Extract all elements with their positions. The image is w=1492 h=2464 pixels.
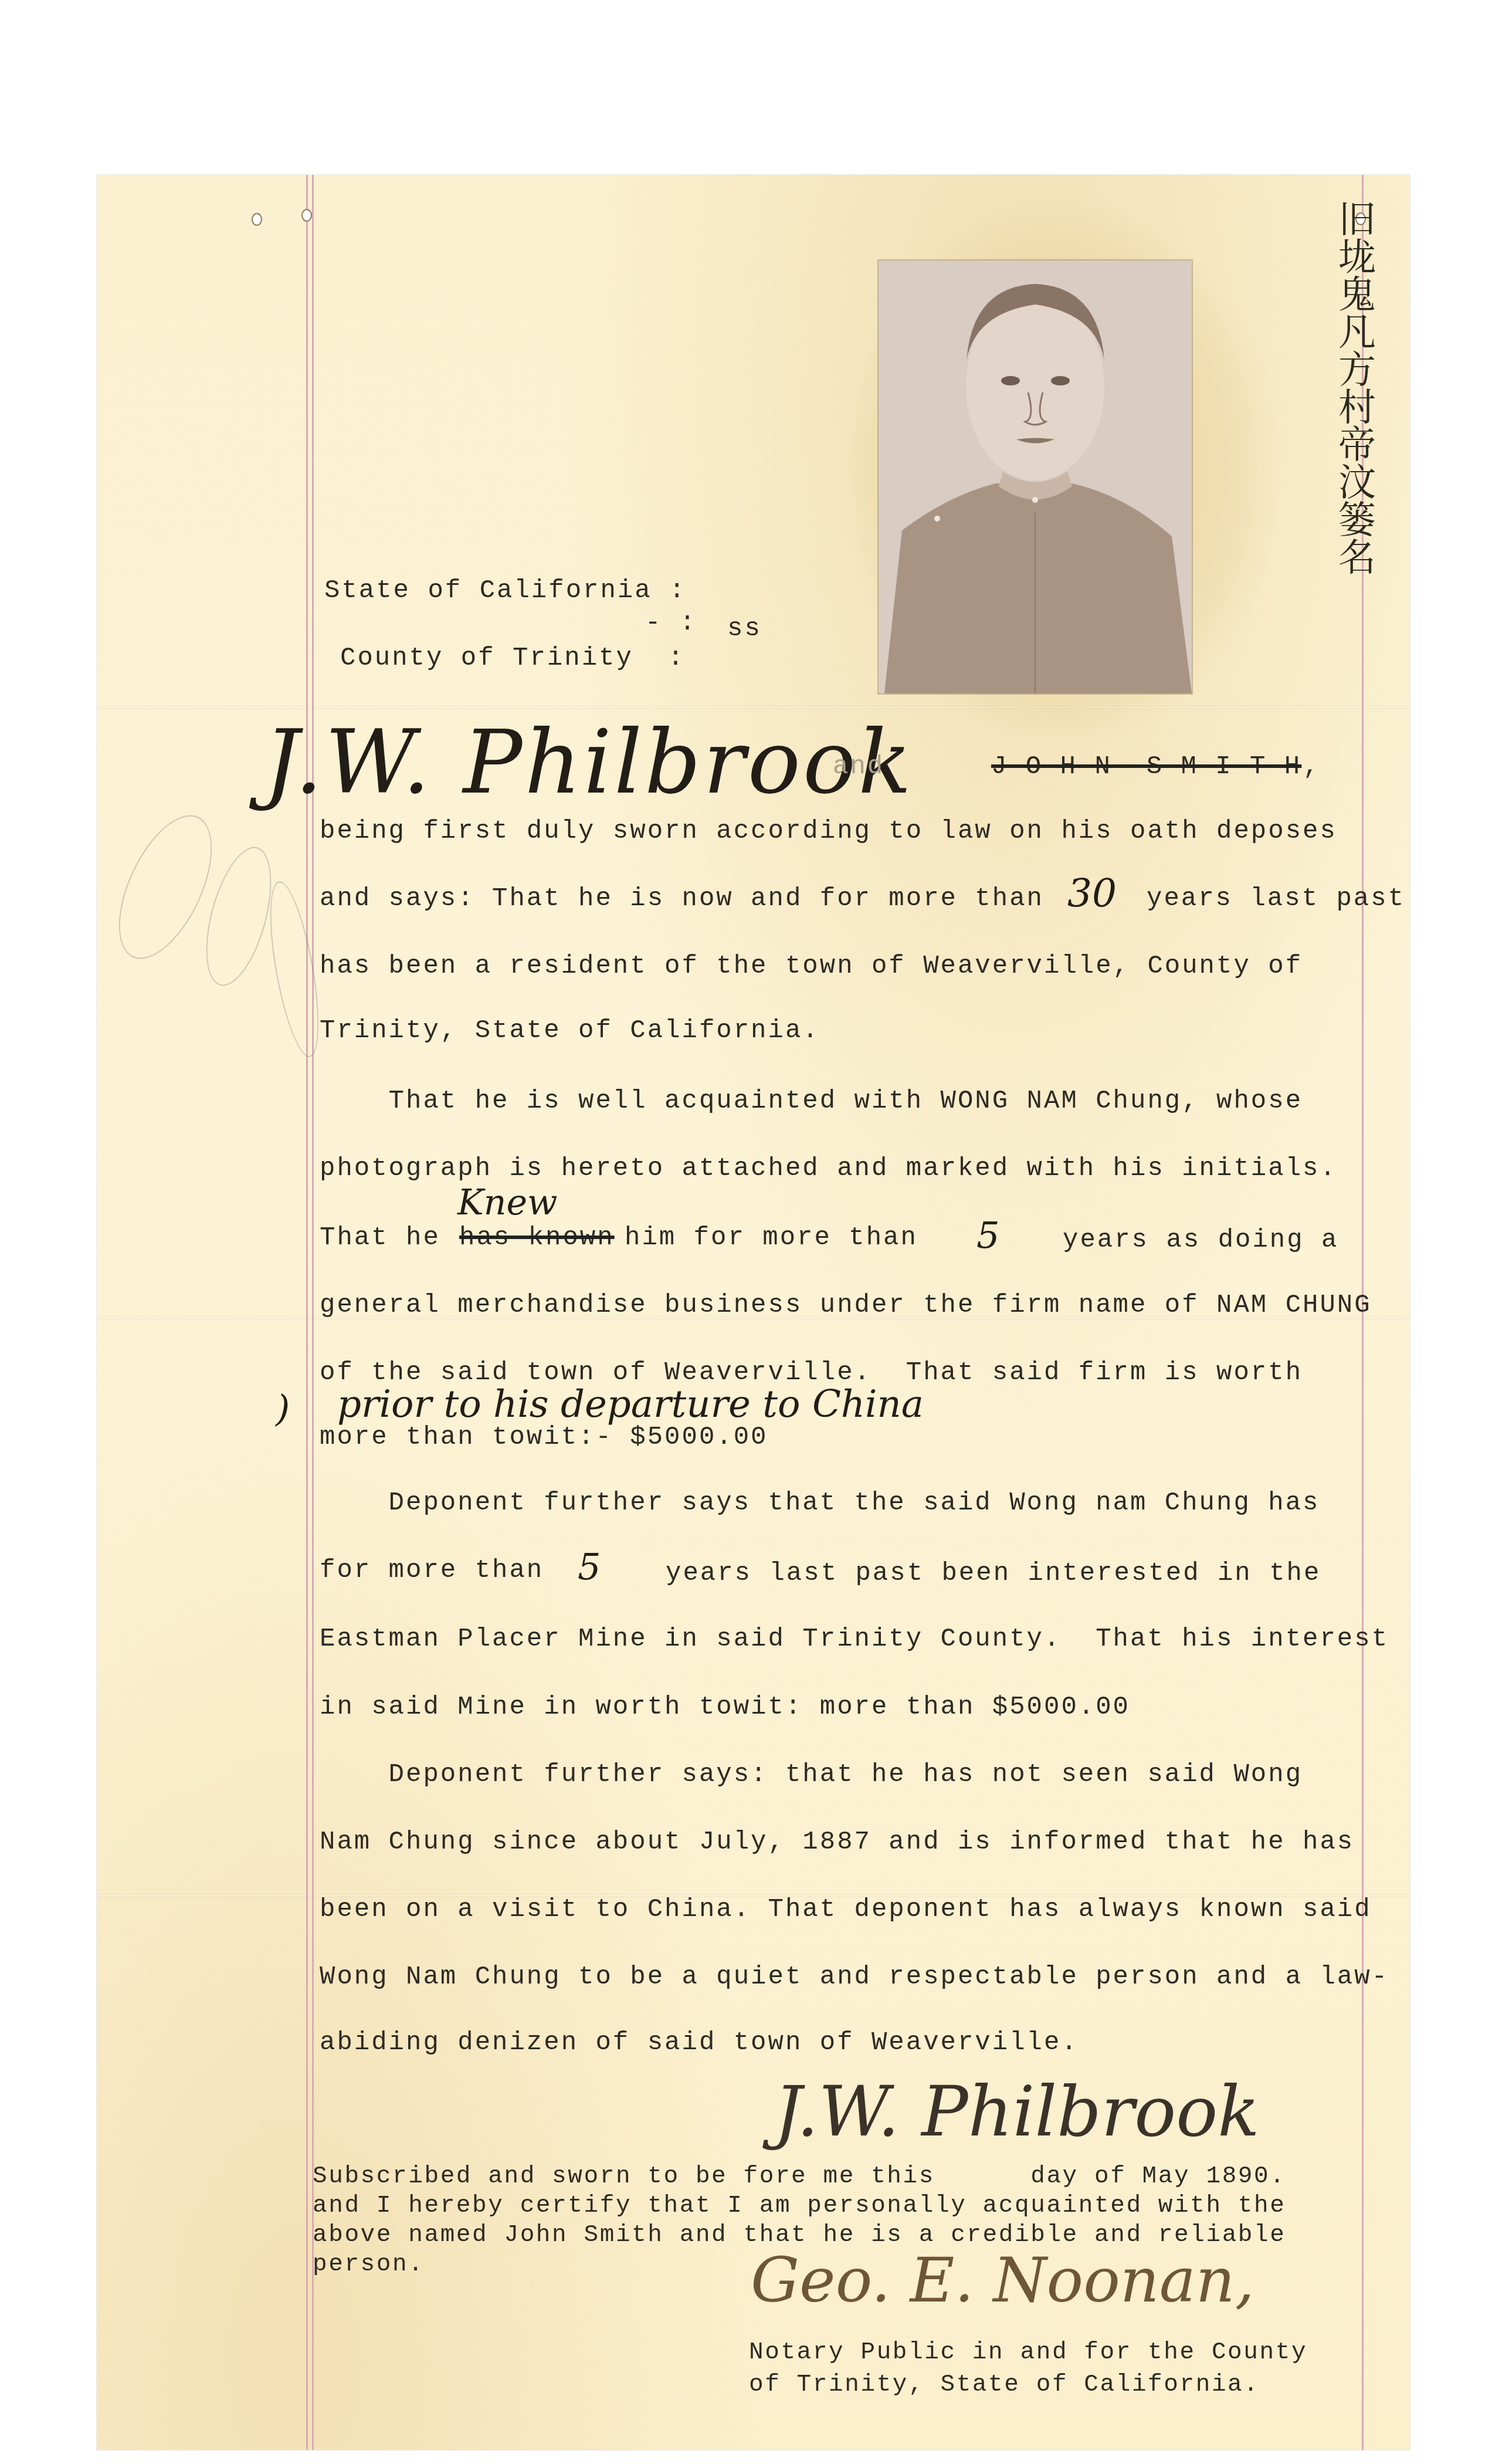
p4-line-2: Nam Chung since about July, 1887 and is … (320, 1829, 1354, 1855)
notary-title-1: Notary Public in and for the County (749, 2341, 1307, 2365)
p4-line-3: been on a visit to China. That deponent … (320, 1897, 1372, 1923)
p2-line-5: of the said town of Weaverville. That sa… (320, 1360, 1303, 1386)
p2-has-known-struck: has known (459, 1225, 615, 1251)
chinese-annotation: 旧垅鬼凡方村帝汶篓名 (1336, 199, 1377, 575)
p2-line-2: photograph is hereto attached and marked… (320, 1156, 1337, 1182)
portrait-photograph (879, 260, 1192, 693)
p4-line-4: Wong Nam Chung to be a quiet and respect… (320, 1964, 1389, 1990)
p2-line-4: general merchandise business under the f… (320, 1292, 1372, 1318)
venue-county: County of Trinity : (340, 645, 685, 671)
venue-ss-colon: - : (645, 610, 697, 636)
typed-name-struck: J O H N S M I T H (991, 754, 1301, 780)
notary-title-2: of Trinity, State of California. (749, 2373, 1260, 2397)
p1-years-handwritten: 30 (1067, 874, 1117, 913)
p2-line-6: more than towit:- $5000.00 (320, 1424, 768, 1450)
jurat-line-2: and I hereby certify that I am personall… (313, 2194, 1286, 2218)
p3-line-1: Deponent further says that the said Wong… (320, 1490, 1320, 1516)
notary-signature: Geo. E. Noonan, (751, 2250, 1254, 2311)
p3-line-2a: for more than (320, 1558, 544, 1583)
affiant-signature-handwritten: J.W. Philbrook (264, 719, 914, 807)
p1-line-2b: years last past (1147, 886, 1405, 912)
p2-line-3c: years as doing a (1063, 1227, 1338, 1253)
p3-line-3: Eastman Placer Mine in said Trinity Coun… (320, 1626, 1389, 1652)
p2-line-3b: him for more than (625, 1225, 918, 1251)
portrait-figure-icon (879, 260, 1192, 693)
p4-line-1: Deponent further says: that he has not s… (320, 1762, 1303, 1788)
venue-state: State of California : (324, 578, 687, 604)
p2-line-1: That he is well acquainted with WONG NAM… (320, 1088, 1303, 1114)
p1-line-3: has been a resident of the town of Weave… (320, 953, 1303, 979)
p1-line-4: Trinity, State of California. (320, 1018, 820, 1044)
p2-line-3a: That he (320, 1225, 440, 1251)
jurat-line-3: above named John Smith and that he is a … (313, 2223, 1286, 2248)
p3-line-2b: years last past been interested in the (666, 1561, 1321, 1586)
p2-margin-mark: ) (276, 1390, 290, 1427)
p1-line-2: and says: That he is now and for more th… (320, 886, 1044, 912)
p4-line-5: abiding denizen of said town of Weavervi… (320, 2030, 1079, 2056)
p2-years-handwritten: 5 (976, 1217, 999, 1254)
staple-hole-icon (301, 209, 312, 222)
p1-line-1: being first duly sworn according to law … (320, 818, 1337, 844)
typed-name-comma: , (1303, 754, 1320, 780)
left-margin-line-2 (312, 175, 314, 2450)
p3-years-handwritten: 5 (578, 1549, 601, 1585)
p3-line-4: in said Mine in worth towit: more than $… (320, 1694, 1130, 1720)
left-margin-line-1 (306, 175, 308, 2450)
jurat-line-4: person. (313, 2253, 424, 2277)
affiant-signature: J.W. Philbrook (774, 2077, 1260, 2146)
p2-insert-knew: Knew (457, 1185, 557, 1220)
jurat-line-1: Subscribed and sworn to be fore me this … (313, 2165, 1286, 2189)
p2-insert-prior: prior to his departure to China (337, 1386, 924, 1423)
staple-hole-icon (252, 213, 262, 226)
venue-ss: ss (727, 616, 762, 642)
typed-and: and (833, 754, 884, 780)
